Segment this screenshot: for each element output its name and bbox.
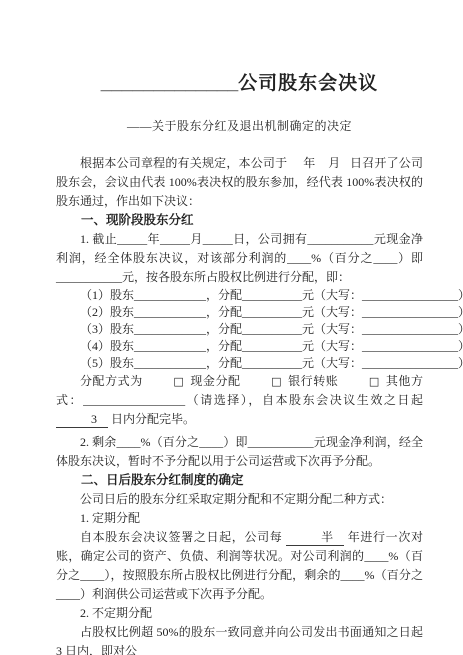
period-filled-blank: 半 xyxy=(286,530,344,546)
title-blank-line: _____________ xyxy=(101,73,238,94)
clause-two-paragraph: 2. 剩余____%（百分之____）即___________元现金净利润，经全… xyxy=(56,433,423,471)
option-bank-transfer-label: 银行转账 xyxy=(288,374,338,388)
section-two-heading: 二、日后股东分红制度的确定 xyxy=(56,471,423,490)
clause-one-paragraph: 1. 截止_____年_____月_____日，公司拥有___________元… xyxy=(56,230,423,287)
section-one-heading: 一、现阶段股东分红 xyxy=(56,211,423,230)
option-cash-label: 现金分配 xyxy=(190,374,240,388)
intro-paragraph: 根据本公司章程的有关规定，本公司于 年 月 日召开了公司股东会，会议由代表 10… xyxy=(56,154,423,211)
shareholder-allocation-row-2: （2）股东____________，分配__________元（大写：_____… xyxy=(56,304,423,321)
shareholder-allocation-row-5: （5）股东____________，分配__________元（大写：_____… xyxy=(56,355,423,372)
shareholder-allocation-row-4: （4）股东____________，分配__________元（大写：_____… xyxy=(56,338,423,355)
checkbox-bank-transfer-icon: □ xyxy=(247,372,281,391)
other-method-blank-line: _________________ xyxy=(83,393,185,407)
irregular-distribution-heading: 2. 不定期分配 xyxy=(56,604,423,623)
shareholder-allocation-row-3: （3）股东____________，分配__________元（大写：_____… xyxy=(56,321,423,338)
choose-note-text: （请选择），自本股东会决议生效之日起 xyxy=(185,393,423,407)
regular-distribution-heading: 1. 定期分配 xyxy=(56,509,423,528)
days-filled-blank: 3 xyxy=(56,412,108,428)
document-page: _____________公司股东会决议 ——关于股东分红及退出机制确定的决定 … xyxy=(0,0,463,655)
shareholder-allocation-row-1: （1）股东____________，分配__________元（大写：_____… xyxy=(56,287,423,304)
section-two-intro-paragraph: 公司日后的股东分红采取定期分配和不定期分配二种方式： xyxy=(56,490,423,509)
checkbox-cash-icon: □ xyxy=(149,372,183,391)
document-title: _____________公司股东会决议 xyxy=(56,72,423,96)
distribution-method-paragraph: 分配方式为 □ 现金分配 □ 银行转账 □ 其他方式：_____________… xyxy=(56,372,423,429)
irregular-distribution-paragraph: 占股权比例超 50%的股东一致同意并向公司发出书面通知之日起 3 日内，即对公 xyxy=(56,623,423,655)
checkbox-other-icon: □ xyxy=(345,372,379,391)
shareholder-allocation-list: （1）股东____________，分配__________元（大写：_____… xyxy=(56,287,423,372)
title-text: 公司股东会决议 xyxy=(238,73,378,94)
document-subtitle: ——关于股东分红及退出机制确定的决定 xyxy=(56,118,423,134)
regular-distribution-paragraph: 自本股东会决议签署之日起，公司每 半 年进行一次对账，确定公司的资产、负债、利润… xyxy=(56,528,423,604)
regular-para-prefix-text: 自本股东会决议签署之日起，公司每 xyxy=(80,530,282,544)
method-lead-text: 分配方式为 xyxy=(80,374,143,388)
method-tail-text: 日内分配完毕。 xyxy=(111,412,195,426)
